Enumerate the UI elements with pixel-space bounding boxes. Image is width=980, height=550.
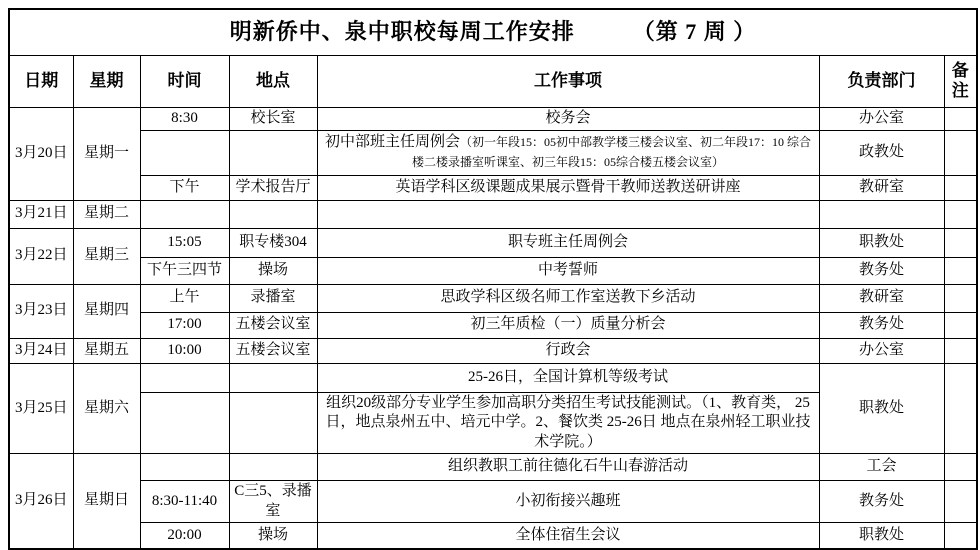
note-cell xyxy=(944,130,977,175)
weekday-cell: 星期五 xyxy=(73,338,140,363)
note-cell xyxy=(944,312,977,338)
date-cell: 3月24日 xyxy=(9,338,73,363)
header-weekday: 星期 xyxy=(73,55,140,107)
note-cell xyxy=(944,363,977,454)
weekday-cell: 星期二 xyxy=(73,200,140,228)
weekday-cell: 星期六 xyxy=(73,363,140,454)
schedule-row: 3月21日 星期二 xyxy=(9,200,977,228)
dept-cell: 教务处 xyxy=(819,312,944,338)
task-cell: 中考誓师 xyxy=(317,257,819,284)
dept-cell: 教研室 xyxy=(819,284,944,312)
place-cell xyxy=(229,130,317,175)
dept-cell xyxy=(819,200,944,228)
dept-cell: 办公室 xyxy=(819,338,944,363)
time-cell xyxy=(140,363,229,392)
time-cell: 17:00 xyxy=(140,312,229,338)
page-title: 明新侨中、泉中职校每周工作安排（第 7 周 ） xyxy=(9,9,977,55)
dept-cell: 教务处 xyxy=(819,481,944,523)
title-main: 明新侨中、泉中职校每周工作安排 xyxy=(230,19,575,44)
date-cell: 3月25日 xyxy=(9,363,73,454)
task-cell: 职专班主任周例会 xyxy=(317,228,819,257)
task-cell: 小初衔接兴趣班 xyxy=(317,481,819,523)
place-cell: 操场 xyxy=(229,257,317,284)
schedule-row: 3月25日 星期六 25-26日，全国计算机等级考试 职教处 xyxy=(9,363,977,392)
header-row: 日期 星期 时间 地点 工作事项 负责部门 备注 xyxy=(9,55,977,107)
title-row: 明新侨中、泉中职校每周工作安排（第 7 周 ） xyxy=(9,9,977,55)
task-cell: 初中部班主任周例会（初一年段15：05初中部教学楼三楼会议室、初二年段17：10… xyxy=(317,130,819,175)
schedule-row: 17:00 五楼会议室 初三年质检（一）质量分析会 教务处 xyxy=(9,312,977,338)
schedule-row: 下午三四节 操场 中考誓师 教务处 xyxy=(9,257,977,284)
place-cell xyxy=(229,363,317,392)
dept-cell: 政教处 xyxy=(819,130,944,175)
task-cell xyxy=(317,200,819,228)
note-cell xyxy=(944,107,977,130)
dept-cell: 教研室 xyxy=(819,175,944,200)
task-cell: 英语学科区级课题成果展示暨骨干教师送教送研讲座 xyxy=(317,175,819,200)
weekday-cell: 星期一 xyxy=(73,107,140,200)
dept-cell: 职教处 xyxy=(819,523,944,549)
note-cell xyxy=(944,228,977,257)
weekday-cell: 星期四 xyxy=(73,284,140,338)
task-cell: 组织教职工前往德化石牛山春游活动 xyxy=(317,454,819,481)
schedule-row: 初中部班主任周例会（初一年段15：05初中部教学楼三楼会议室、初二年段17：10… xyxy=(9,130,977,175)
place-cell: 录播室 xyxy=(229,284,317,312)
header-place: 地点 xyxy=(229,55,317,107)
date-cell: 3月21日 xyxy=(9,200,73,228)
header-department: 负责部门 xyxy=(819,55,944,107)
schedule-page: 明新侨中、泉中职校每周工作安排（第 7 周 ） 日期 星期 时间 地点 工作事项… xyxy=(0,0,980,539)
place-cell xyxy=(229,454,317,481)
schedule-row: 3月23日 星期四 上午 录播室 思政学科区级名师工作室送教下乡活动 教研室 xyxy=(9,284,977,312)
time-cell: 下午 xyxy=(140,175,229,200)
task-cell: 行政会 xyxy=(317,338,819,363)
schedule-row: 8:30-11:40 C三5、录播室 小初衔接兴趣班 教务处 xyxy=(9,481,977,523)
header-date: 日期 xyxy=(9,55,73,107)
note-cell xyxy=(944,523,977,549)
task-cell: 初三年质检（一）质量分析会 xyxy=(317,312,819,338)
note-cell xyxy=(944,454,977,481)
task-title: 初中部班主任周例会 xyxy=(325,134,460,150)
date-cell: 3月20日 xyxy=(9,107,73,200)
schedule-row: 下午 学术报告厅 英语学科区级课题成果展示暨骨干教师送教送研讲座 教研室 xyxy=(9,175,977,200)
note-cell xyxy=(944,200,977,228)
note-cell xyxy=(944,338,977,363)
date-cell: 3月23日 xyxy=(9,284,73,338)
time-cell: 下午三四节 xyxy=(140,257,229,284)
place-cell: 职专楼304 xyxy=(229,228,317,257)
header-note: 备注 xyxy=(944,55,977,107)
place-cell xyxy=(229,392,317,454)
time-cell: 上午 xyxy=(140,284,229,312)
task-cell: 校务会 xyxy=(317,107,819,130)
time-cell: 10:00 xyxy=(140,338,229,363)
time-cell: 8:30-11:40 xyxy=(140,481,229,523)
task-cell: 25-26日，全国计算机等级考试 xyxy=(317,363,819,392)
schedule-row: 20:00 操场 全体住宿生会议 职教处 xyxy=(9,523,977,549)
dept-cell: 职教处 xyxy=(819,228,944,257)
time-cell: 15:05 xyxy=(140,228,229,257)
time-cell xyxy=(140,454,229,481)
place-cell: 五楼会议室 xyxy=(229,312,317,338)
note-cell xyxy=(944,284,977,312)
task-cell: 组织20级部分专业学生参加高职分类招生考试技能测试。（1、教育类， 25日，地点… xyxy=(317,392,819,454)
place-cell: 校长室 xyxy=(229,107,317,130)
weekly-schedule-table: 明新侨中、泉中职校每周工作安排（第 7 周 ） 日期 星期 时间 地点 工作事项… xyxy=(8,8,978,550)
place-cell: 五楼会议室 xyxy=(229,338,317,363)
date-cell: 3月22日 xyxy=(9,228,73,284)
weekday-cell: 星期日 xyxy=(73,454,140,549)
task-cell: 全体住宿生会议 xyxy=(317,523,819,549)
schedule-row: 3月24日 星期五 10:00 五楼会议室 行政会 办公室 xyxy=(9,338,977,363)
dept-cell: 职教处 xyxy=(819,363,944,454)
date-cell: 3月26日 xyxy=(9,454,73,549)
note-cell xyxy=(944,175,977,200)
dept-cell: 工会 xyxy=(819,454,944,481)
header-task: 工作事项 xyxy=(317,55,819,107)
weekday-cell: 星期三 xyxy=(73,228,140,284)
place-cell: C三5、录播室 xyxy=(229,481,317,523)
task-cell: 思政学科区级名师工作室送教下乡活动 xyxy=(317,284,819,312)
dept-cell: 教务处 xyxy=(819,257,944,284)
header-time: 时间 xyxy=(140,55,229,107)
place-cell: 操场 xyxy=(229,523,317,549)
schedule-row: 3月22日 星期三 15:05 职专楼304 职专班主任周例会 职教处 xyxy=(9,228,977,257)
schedule-row: 3月26日 星期日 组织教职工前往德化石牛山春游活动 工会 xyxy=(9,454,977,481)
time-cell xyxy=(140,130,229,175)
task-detail: （初一年段15：05初中部教学楼三楼会议室、初二年段17：10 综合楼二楼录播室… xyxy=(412,135,811,169)
note-cell xyxy=(944,481,977,523)
schedule-row: 3月20日 星期一 8:30 校长室 校务会 办公室 xyxy=(9,107,977,130)
week-number: （第 7 周 ） xyxy=(633,19,757,44)
time-cell: 8:30 xyxy=(140,107,229,130)
place-cell: 学术报告厅 xyxy=(229,175,317,200)
time-cell: 20:00 xyxy=(140,523,229,549)
time-cell xyxy=(140,392,229,454)
dept-cell: 办公室 xyxy=(819,107,944,130)
place-cell xyxy=(229,200,317,228)
time-cell xyxy=(140,200,229,228)
note-cell xyxy=(944,257,977,284)
